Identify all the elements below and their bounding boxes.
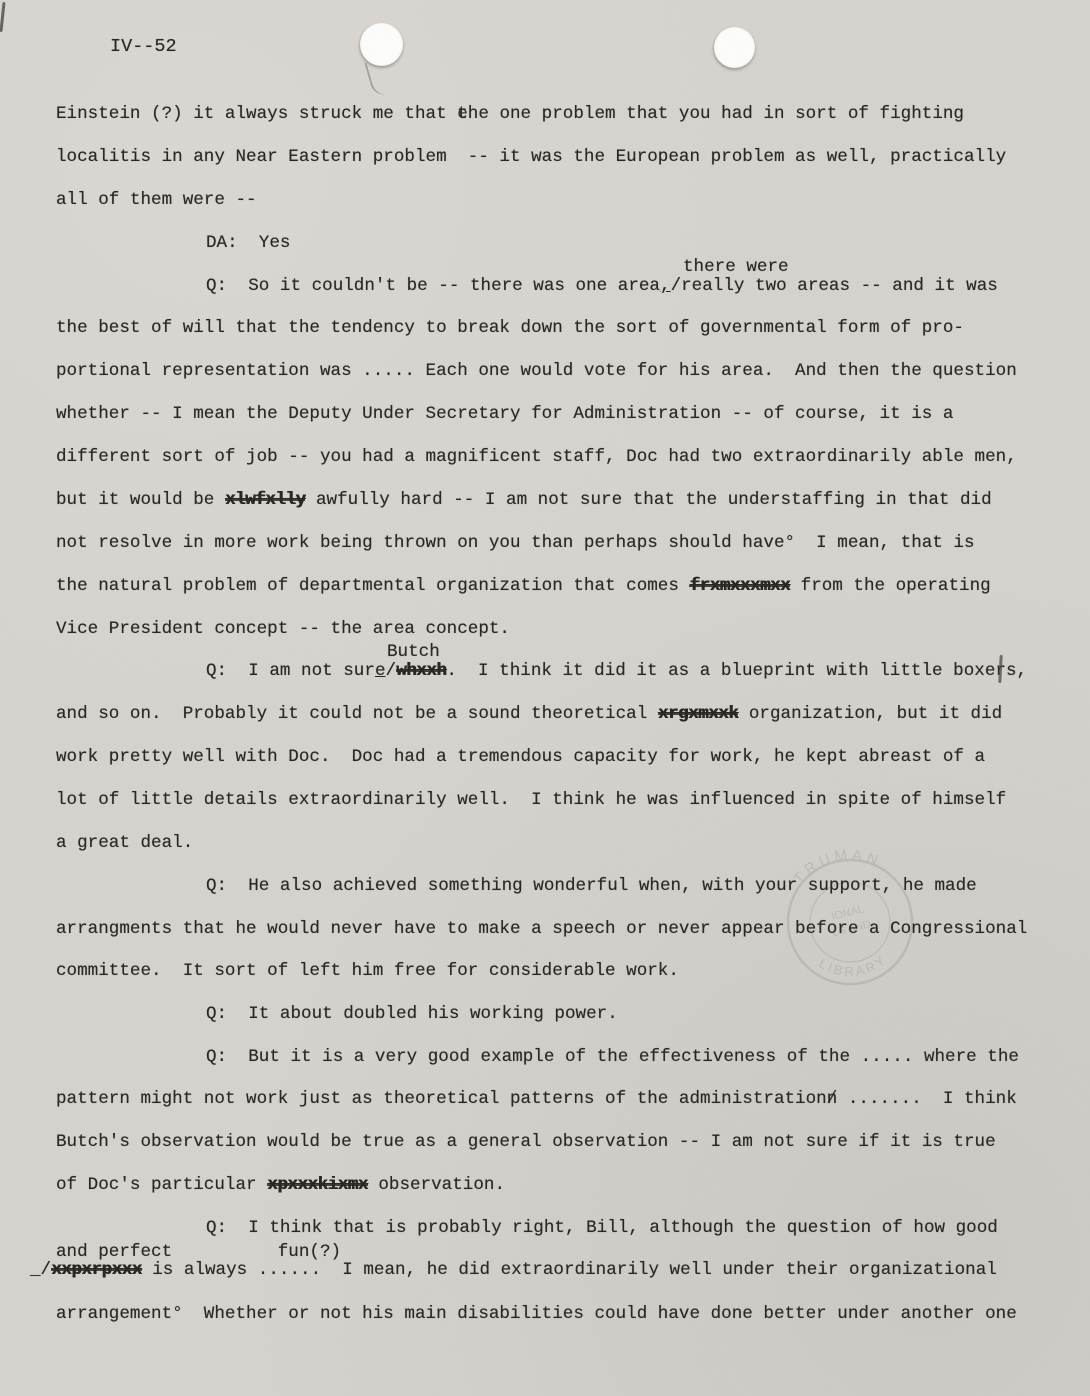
speaker-line-q: Q: But it is a very good example of the … — [206, 1047, 1019, 1067]
text-segment: whether -- I mean the Deputy Under Secre… — [56, 404, 953, 424]
text-segment: and perfect fun(?) — [56, 1242, 341, 1262]
page-number: IV--52 — [110, 36, 177, 57]
struck-out-text: xxpxrpxxx — [51, 1260, 142, 1280]
text-segment: _/ — [30, 1260, 51, 1280]
speaker-line-q: Q: I am not sure/whxxh. I think it did i… — [206, 661, 1027, 681]
text-segment: from the operating — [790, 576, 991, 596]
text-segment: Butch's observation would be true as a g… — [56, 1132, 996, 1152]
speaker-line-q: Q: He also achieved something wonderful … — [206, 876, 977, 896]
text-line: whether -- I mean the Deputy Under Secre… — [56, 404, 953, 424]
text-line: Butch's observation would be true as a g… — [56, 1132, 996, 1152]
text-line: portional representation was ..... Each … — [56, 361, 1017, 381]
text-segment: the best of will that the tendency to br… — [56, 318, 964, 338]
text-line: the best of will that the tendency to br… — [56, 318, 964, 338]
text-segment: Q: I think that is probably right, Bill,… — [206, 1218, 998, 1238]
text-line: localitis in any Near Eastern problem --… — [56, 147, 1006, 167]
text-line: not resolve in more work being thrown on… — [56, 533, 975, 553]
speaker-line-q: Q: It about doubled his working power. — [206, 1004, 618, 1024]
text-segment: he one problem that you had in sort of f… — [468, 104, 964, 124]
text-line: a great deal. — [56, 833, 193, 853]
text-segment: . I think it did it as a blueprint with … — [446, 661, 995, 681]
overtyped-char: n/ — [827, 1089, 838, 1109]
text-line: Einstein (?) it always struck me that te… — [56, 104, 964, 124]
speaker-line-q: Q: So it couldn't be -- there was one ar… — [206, 276, 998, 296]
text-segment: the natural problem of departmental orga… — [56, 576, 689, 596]
speaker-line-da: DA: Yes — [206, 233, 290, 253]
text-line: lot of little details extraordinarily we… — [56, 790, 1006, 810]
text-segment: pattern might not work just as theoretic… — [56, 1089, 827, 1109]
text-segment: localitis in any Near Eastern problem --… — [56, 147, 1006, 167]
text-segment: and so on. Probably it could not be a so… — [56, 704, 658, 724]
text-segment: s, — [1006, 661, 1027, 681]
text-segment: is always ...... I mean, he did extraord… — [142, 1260, 997, 1280]
svg-text:LIBRARY: LIBRARY — [814, 940, 892, 988]
hole-punch — [714, 27, 755, 68]
text-segment: /really two areas -- and it was — [671, 276, 998, 296]
text-segment: awfully hard -- I am not sure that the u… — [305, 490, 991, 510]
text-segment: committee. It sort of left him free for … — [56, 961, 679, 981]
text-segment: different sort of job -- you had a magni… — [56, 447, 1017, 467]
text-segment: / — [386, 661, 397, 681]
text-line: all of them were -- — [56, 190, 257, 210]
overtype-overlay: e — [457, 104, 468, 124]
text-segment: observation. — [368, 1175, 505, 1195]
text-segment: there were — [683, 257, 789, 277]
text-line: and so on. Probably it could not be a so… — [56, 704, 1002, 724]
text-segment: arrangments that he would never have to … — [56, 919, 1027, 939]
text-segment: Butch — [387, 642, 440, 662]
text-segment: Q: So it couldn't be -- there was one ar… — [206, 276, 660, 296]
underlined-text: , — [660, 276, 671, 296]
text-line: of Doc's particular xpxxxkixmx observati… — [56, 1175, 505, 1195]
overtyped-char: te — [457, 104, 468, 124]
text-line: committee. It sort of left him free for … — [56, 961, 679, 981]
text-segment: arrangement° Whether or not his main dis… — [56, 1304, 1017, 1324]
text-segment: but it would be — [56, 490, 225, 510]
inserted-correction: there were — [683, 257, 789, 277]
text-segment: not resolve in more work being thrown on… — [56, 533, 975, 553]
overtype-overlay: / — [827, 1089, 838, 1109]
text-line: arrangement° Whether or not his main dis… — [56, 1304, 1017, 1324]
document-page: IV--52 TRUMAN LIBRARY IONAL LS AND Einst… — [0, 0, 1090, 1396]
struck-out-text: frxmxxxmxx — [689, 576, 790, 596]
stamp-bottom-arc-text: LIBRARY — [814, 940, 892, 988]
struck-out-text: xlwfxlly — [225, 490, 305, 510]
text-line: different sort of job -- you had a magni… — [56, 447, 1017, 467]
text-segment: organization, but it did — [738, 704, 1002, 724]
text-segment: Vice President concept -- the area conce… — [56, 619, 510, 639]
scan-edge-mark — [0, 2, 6, 32]
text-line: but it would be xlwfxlly awfully hard --… — [56, 490, 992, 510]
text-line: pattern might not work just as theoretic… — [56, 1089, 1017, 1109]
text-line: work pretty well with Doc. Doc had a tre… — [56, 747, 985, 767]
text-segment: all of them were -- — [56, 190, 257, 210]
text-line: the natural problem of departmental orga… — [56, 576, 991, 596]
inserted-correction: Butch — [387, 642, 440, 662]
text-segment: lot of little details extraordinarily we… — [56, 790, 1006, 810]
struck-out-text: xpxxxkixmx — [267, 1175, 368, 1195]
text-segment: Q: It about doubled his working power. — [206, 1004, 618, 1024]
text-segment: portional representation was ..... Each … — [56, 361, 1017, 381]
text-segment: DA: Yes — [206, 233, 290, 253]
text-segment: Q: He also achieved something wonderful … — [206, 876, 977, 896]
text-segment: work pretty well with Doc. Doc had a tre… — [56, 747, 985, 767]
text-line: Vice President concept -- the area conce… — [56, 619, 510, 639]
text-line: _/xxpxrpxxx is always ...... I mean, he … — [30, 1260, 997, 1280]
struck-out-text: xrgxmxxk — [658, 704, 738, 724]
underlined-text: e — [375, 661, 386, 681]
text-segment: ....... I think — [837, 1089, 1017, 1109]
text-segment: Q: But it is a very good example of the … — [206, 1047, 1019, 1067]
pen-marked-text: r — [995, 661, 1006, 681]
text-line: arrangments that he would never have to … — [56, 919, 1027, 939]
speaker-line-q: Q: I think that is probably right, Bill,… — [206, 1218, 998, 1238]
text-segment: of Doc's particular — [56, 1175, 267, 1195]
text-segment: Einstein (?) it always struck me that — [56, 104, 457, 124]
text-segment: a great deal. — [56, 833, 193, 853]
struck-out-text: whxxh — [396, 661, 446, 681]
text-segment: Q: I am not sur — [206, 661, 375, 681]
